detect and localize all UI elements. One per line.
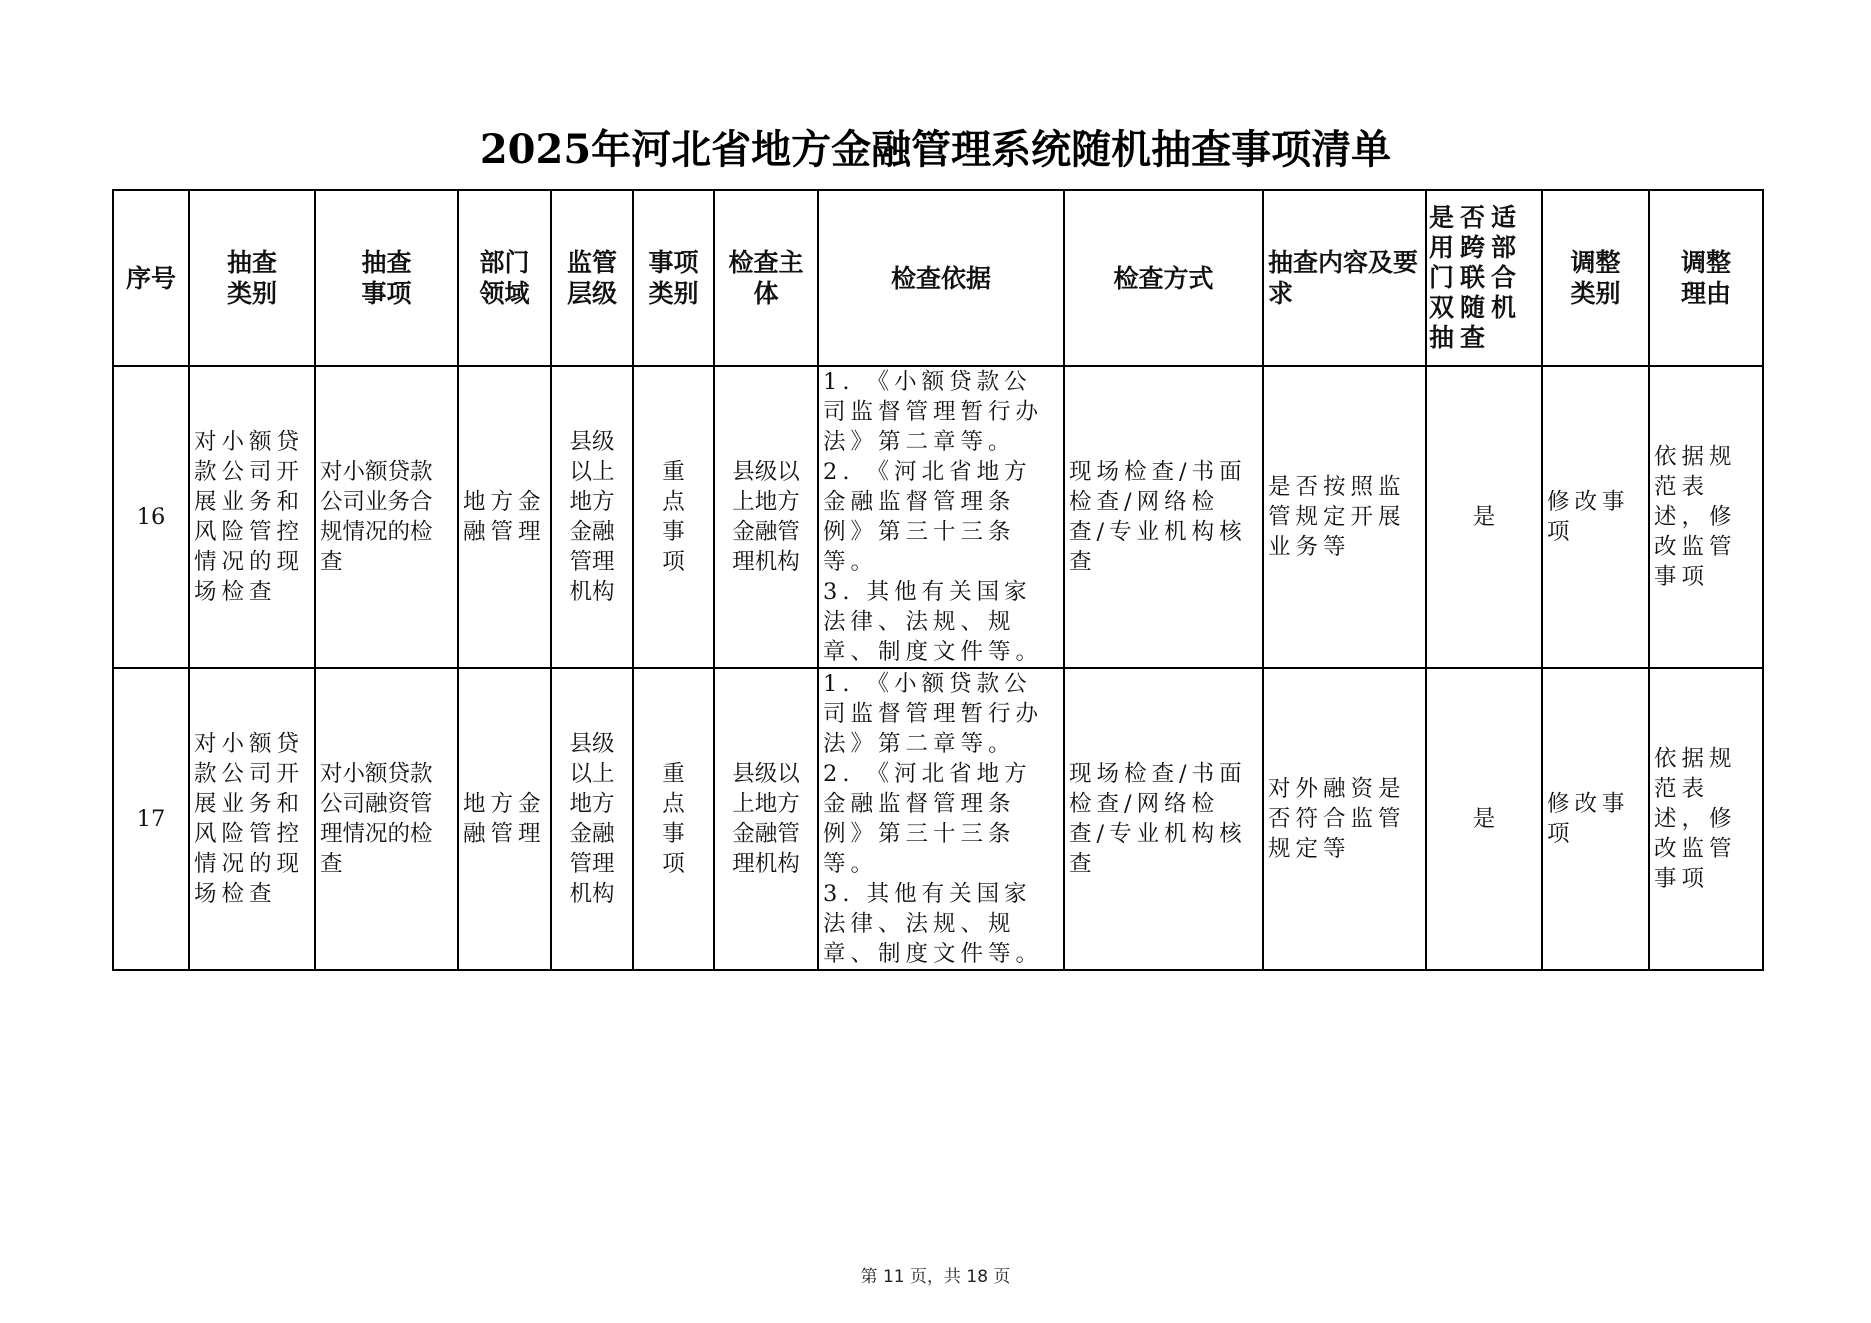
cell-category: 对小额贷款公司开展业务和风险管控情况的现场检查 [189, 366, 315, 668]
header-method: 检查方式 [1064, 190, 1263, 366]
cell-item: 对小额贷款公司融资管理情况的检查 [315, 668, 458, 970]
table-row: 16 对小额贷款公司开展业务和风险管控情况的现场检查 对小额贷款公司业务合规情况… [113, 366, 1763, 668]
header-category: 抽查类别 [189, 190, 315, 366]
cell-basis: 1. 《小额贷款公司监督管理暂行办法》第二章等。 2. 《河北省地方金融监督管理… [818, 668, 1064, 970]
basis-line: 2. 《河北省地方金融监督管理条例》第三十三条等。 [823, 457, 1059, 577]
header-department: 部门领域 [458, 190, 551, 366]
cell-seq: 16 [113, 366, 189, 668]
basis-line: 3. 其他有关国家法律、法规、规章、制度文件等。 [823, 879, 1059, 969]
cell-department: 地方金融管理 [458, 366, 551, 668]
basis-line: 2. 《河北省地方金融监督管理条例》第三十三条等。 [823, 759, 1059, 879]
header-content: 抽查内容及要求 [1263, 190, 1426, 366]
basis-line: 3. 其他有关国家法律、法规、规章、制度文件等。 [823, 577, 1059, 667]
cell-adjust-type: 修改事项 [1542, 366, 1649, 668]
cell-level: 县级以上地方金融管理机构 [551, 366, 633, 668]
cell-seq: 17 [113, 668, 189, 970]
cell-method: 现场检查/书面检查/网络检查/专业机构核查 [1064, 668, 1263, 970]
cell-content: 对外融资是否符合监管规定等 [1263, 668, 1426, 970]
cell-adjust-reason: 依据规范表述，修改监管事项 [1649, 366, 1763, 668]
header-adjust-reason: 调整理由 [1649, 190, 1763, 366]
header-basis: 检查依据 [818, 190, 1064, 366]
header-seq: 序号 [113, 190, 189, 366]
inspection-items-table: 序号 抽查类别 抽查事项 部门领域 监管层级 事项类别 检查主体 检查依据 检查… [112, 189, 1764, 971]
basis-line: 1. 《小额贷款公司监督管理暂行办法》第二章等。 [823, 669, 1059, 759]
table-row: 17 对小额贷款公司开展业务和风险管控情况的现场检查 对小额贷款公司融资管理情况… [113, 668, 1763, 970]
basis-line: 1. 《小额贷款公司监督管理暂行办法》第二章等。 [823, 367, 1059, 457]
page-number-footer: 第 11 页，共 18 页 [0, 1262, 1871, 1287]
cell-adjust-type: 修改事项 [1542, 668, 1649, 970]
cell-method: 现场检查/书面检查/网络检查/专业机构核查 [1064, 366, 1263, 668]
cell-item-type: 重点事项 [633, 668, 714, 970]
cell-adjust-reason: 依据规范表述，修改监管事项 [1649, 668, 1763, 970]
cell-category: 对小额贷款公司开展业务和风险管控情况的现场检查 [189, 668, 315, 970]
cell-content: 是否按照监管规定开展业务等 [1263, 366, 1426, 668]
document-title: 2025年河北省地方金融管理系统随机抽查事项清单 [0, 118, 1871, 175]
cell-basis: 1. 《小额贷款公司监督管理暂行办法》第二章等。 2. 《河北省地方金融监督管理… [818, 366, 1064, 668]
cell-subject: 县级以上地方金融管理机构 [714, 668, 818, 970]
cell-department: 地方金融管理 [458, 668, 551, 970]
header-item-type: 事项类别 [633, 190, 714, 366]
header-level: 监管层级 [551, 190, 633, 366]
header-item: 抽查事项 [315, 190, 458, 366]
header-joint: 是否适用跨部门联合双随机抽查 [1426, 190, 1542, 366]
cell-joint: 是 [1426, 366, 1542, 668]
cell-item: 对小额贷款公司业务合规情况的检查 [315, 366, 458, 668]
cell-level: 县级以上地方金融管理机构 [551, 668, 633, 970]
cell-item-type: 重点事项 [633, 366, 714, 668]
header-row: 序号 抽查类别 抽查事项 部门领域 监管层级 事项类别 检查主体 检查依据 检查… [113, 190, 1763, 366]
header-adjust-type: 调整类别 [1542, 190, 1649, 366]
header-subject: 检查主体 [714, 190, 818, 366]
cell-joint: 是 [1426, 668, 1542, 970]
cell-subject: 县级以上地方金融管理机构 [714, 366, 818, 668]
